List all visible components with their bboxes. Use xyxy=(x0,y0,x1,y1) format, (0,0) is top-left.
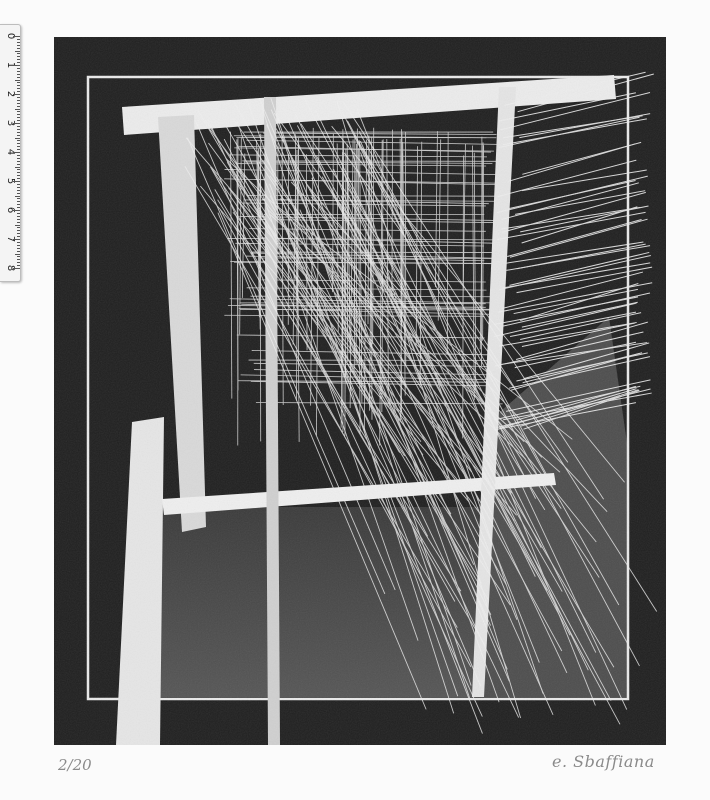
artist-signature: e. Sbaffiana xyxy=(552,752,655,771)
etching-plate xyxy=(54,37,666,745)
measurement-ruler: 012345678 xyxy=(0,24,21,282)
edition-number: 2/20 xyxy=(58,756,92,774)
